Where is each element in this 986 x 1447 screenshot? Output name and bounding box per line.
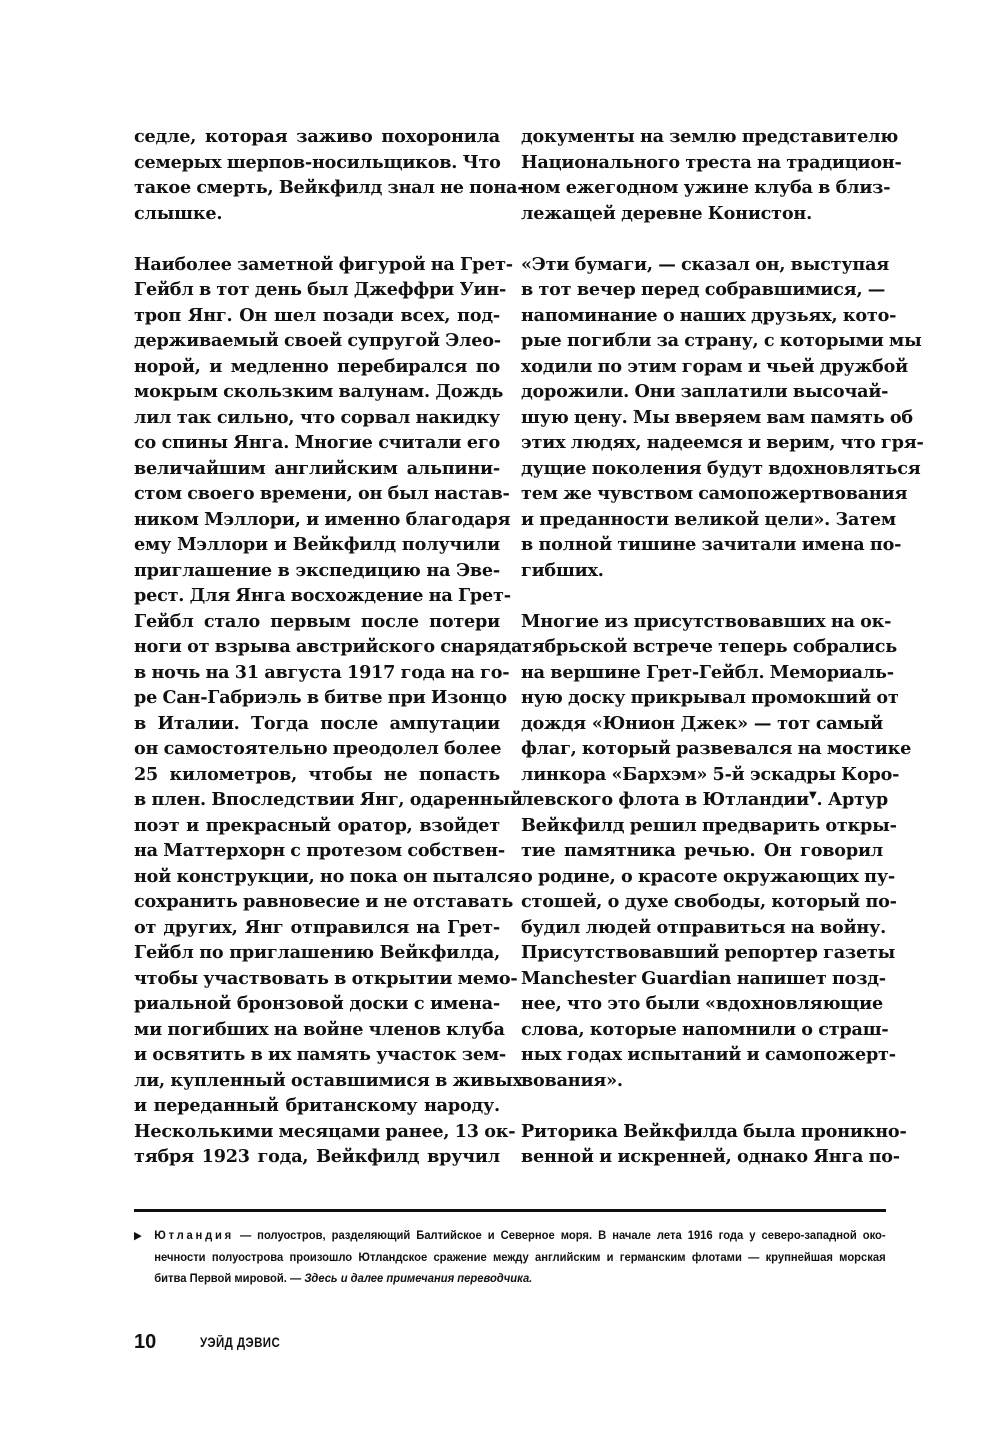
text-line: держиваемый своей супругой Элео- [134, 328, 500, 354]
text-line: Гейбл по приглашению Вейкфилда, [134, 940, 500, 966]
footnote-text: битва Первой мировой. — [154, 1271, 304, 1285]
page-number: 10 [134, 1331, 156, 1354]
text-line: лежащей деревне Конистон. [521, 201, 883, 227]
text-line: Риторика Вейкфилда была проникно- [521, 1119, 883, 1145]
text-line: «Эти бумаги, — сказал он, выступая [521, 252, 883, 278]
text-line: стошей, о духе свободы, который по- [521, 889, 883, 915]
text-line: слова, которые напомнили о страш- [521, 1017, 883, 1043]
paragraph: Риторика Вейкфилда была проникно- венной… [521, 1119, 883, 1170]
text-line: стом своего времени, он был настав- [134, 481, 500, 507]
text-line-with-footnote-ref: левского флота в Ютландии▼. Артур [521, 787, 883, 813]
text-line: тем же чувством самопожертвования [521, 481, 883, 507]
text-line: напоминание о наших друзьях, кото- [521, 303, 883, 329]
text-line: тие памятника речью. Он говорил [521, 838, 883, 864]
text-line: Наиболее заметной фигурой на Грет- [134, 252, 500, 278]
text-line: в тот вечер перед собравшимися, — [521, 277, 883, 303]
text-line: от других, Янг отправился на Грет- [134, 915, 500, 941]
text-line: ном ежегодном ужине клуба в близ- [521, 175, 883, 201]
text-line: ных годах испытаний и самопожерт- [521, 1042, 883, 1068]
text-line: величайшим английским альпини- [134, 456, 500, 482]
text-line: гибших. [521, 558, 883, 584]
text-line: шую цену. Мы вверяем вам память об [521, 405, 883, 431]
footnote-line: нечности полуострова произошло Ютландско… [134, 1247, 886, 1269]
text-line: он самостоятельно преодолел более [134, 736, 500, 762]
text-line: тябрьской встрече теперь собрались [521, 634, 883, 660]
right-column: документы на землю представителю Национа… [521, 124, 883, 1195]
text-line: Manchester Guardian напишет позд- [521, 966, 883, 992]
text-line: ли, купленный оставшимися в живых [134, 1068, 500, 1094]
text-line: слышке. [134, 201, 500, 227]
text-line: и преданности великой цели». Затем [521, 507, 883, 533]
text-line: будил людей отправиться на войну. [521, 915, 883, 941]
text-line: семерых шерпов-носильщиков. Что [134, 150, 500, 176]
paragraph: Наиболее заметной фигурой на Грет- Гейбл… [134, 252, 500, 1170]
text-line: ной конструкции, но пока он пытался [134, 864, 500, 890]
text-line: линкора «Бархэм» 5-й эскадры Коро- [521, 762, 883, 788]
paragraph: «Эти бумаги, — сказал он, выступая в тот… [521, 252, 883, 584]
text-line: ему Мэллори и Вейкфилд получили [134, 532, 500, 558]
text-line: Гейбл в тот день был Джеффри Уин- [134, 277, 500, 303]
text-line: седле, которая заживо похоронила [134, 124, 500, 150]
text-line: Национального треста на традицион- [521, 150, 883, 176]
translator-note: Здесь и далее примечания переводчика. [304, 1271, 532, 1285]
footnote-text: — полуостров, разделяющий Балтийское и С… [234, 1228, 886, 1242]
left-column: седле, которая заживо похоронила семерых… [134, 124, 500, 1195]
text-segment: . Артур [816, 789, 887, 810]
paragraph: документы на землю представителю Национа… [521, 124, 883, 226]
text-line: ную доску прикрывал промокший от [521, 685, 883, 711]
text-line: о родине, о красоте окружающих пу- [521, 864, 883, 890]
text-line: нее, что это были «вдохновляющие [521, 991, 883, 1017]
text-line: рест. Для Янга восхождение на Грет- [134, 583, 500, 609]
running-footer-author: УЭЙД ДЭВИС [200, 1335, 280, 1350]
text-line: документы на землю представителю [521, 124, 883, 150]
book-page: седле, которая заживо похоронила семерых… [0, 0, 986, 1447]
text-line: и переданный британскому народу. [134, 1093, 500, 1119]
text-line: на Маттерхорн с протезом собствен- [134, 838, 500, 864]
text-line: этих людях, надеемся и верим, что гря- [521, 430, 883, 456]
text-line: такое смерть, Вейкфилд знал не пона- [134, 175, 500, 201]
text-line: со спины Янга. Многие считали его [134, 430, 500, 456]
paragraph: Многие из присутствовавших на ок- тябрьс… [521, 609, 883, 1094]
footnote-line: битва Первой мировой. — Здесь и далее пр… [134, 1268, 886, 1290]
text-line: мокрым скользким валунам. Дождь [134, 379, 500, 405]
footnote-line: ▶Ютландия — полуостров, разделяющий Балт… [134, 1225, 886, 1247]
text-line: Несколькими месяцами ранее, 13 ок- [134, 1119, 500, 1145]
text-line: дождя «Юнион Джек» — тот самый [521, 711, 883, 737]
text-line: Вейкфилд решил предварить откры- [521, 813, 883, 839]
text-line: в полной тишине зачитали имена по- [521, 532, 883, 558]
triangle-right-icon: ▶ [134, 1226, 154, 1248]
text-line: ре Сан-Габриэль в битве при Изонцо [134, 685, 500, 711]
text-line: в плен. Впоследствии Янг, одаренный [134, 787, 500, 813]
text-line: чтобы участвовать в открытии мемо- [134, 966, 500, 992]
text-line: лил так сильно, что сорвал накидку [134, 405, 500, 431]
footnote-term: Ютландия [154, 1228, 234, 1242]
text-line: поэт и прекрасный оратор, взойдет [134, 813, 500, 839]
text-line: норой, и медленно перебирался по [134, 354, 500, 380]
text-line: дущие поколения будут вдохновляться [521, 456, 883, 482]
text-line: и освятить в их память участок зем- [134, 1042, 500, 1068]
text-line: рые погибли за страну, с которыми мы [521, 328, 883, 354]
text-line: на вершине Грет-Гейбл. Мемориаль- [521, 660, 883, 686]
text-line: вования». [521, 1068, 883, 1094]
paragraph: седле, которая заживо похоронила семерых… [134, 124, 500, 226]
text-line: ходили по этим горам и чьей дружбой [521, 354, 883, 380]
text-line: троп Янг. Он шел позади всех, под- [134, 303, 500, 329]
text-line: риальной бронзовой доски с имена- [134, 991, 500, 1017]
text-line: в Италии. Тогда после ампутации [134, 711, 500, 737]
text-line: венной и искренней, однако Янга по- [521, 1144, 883, 1170]
footnote: ▶Ютландия — полуостров, разделяющий Балт… [134, 1225, 886, 1290]
footnote-separator-rule [134, 1209, 886, 1212]
text-line: ноги от взрыва австрийского снаряда [134, 634, 500, 660]
text-line: дорожили. Они заплатили высочай- [521, 379, 883, 405]
text-line: флаг, который развевался на мостике [521, 736, 883, 762]
text-line: 25 километров, чтобы не попасть [134, 762, 500, 788]
text-line: тября 1923 года, Вейкфилд вручил [134, 1144, 500, 1170]
text-segment: левского флота в Ютландии [521, 789, 809, 810]
text-line: ником Мэллори, и именно благодаря [134, 507, 500, 533]
text-line: ми погибших на войне членов клуба [134, 1017, 500, 1043]
text-line: приглашение в экспедицию на Эве- [134, 558, 500, 584]
text-line: в ночь на 31 августа 1917 года на го- [134, 660, 500, 686]
text-line: Многие из присутствовавших на ок- [521, 609, 883, 635]
text-line: Присутствовавший репортер газеты [521, 940, 883, 966]
text-line: Гейбл стало первым после потери [134, 609, 500, 635]
text-line: сохранить равновесие и не отставать [134, 889, 500, 915]
